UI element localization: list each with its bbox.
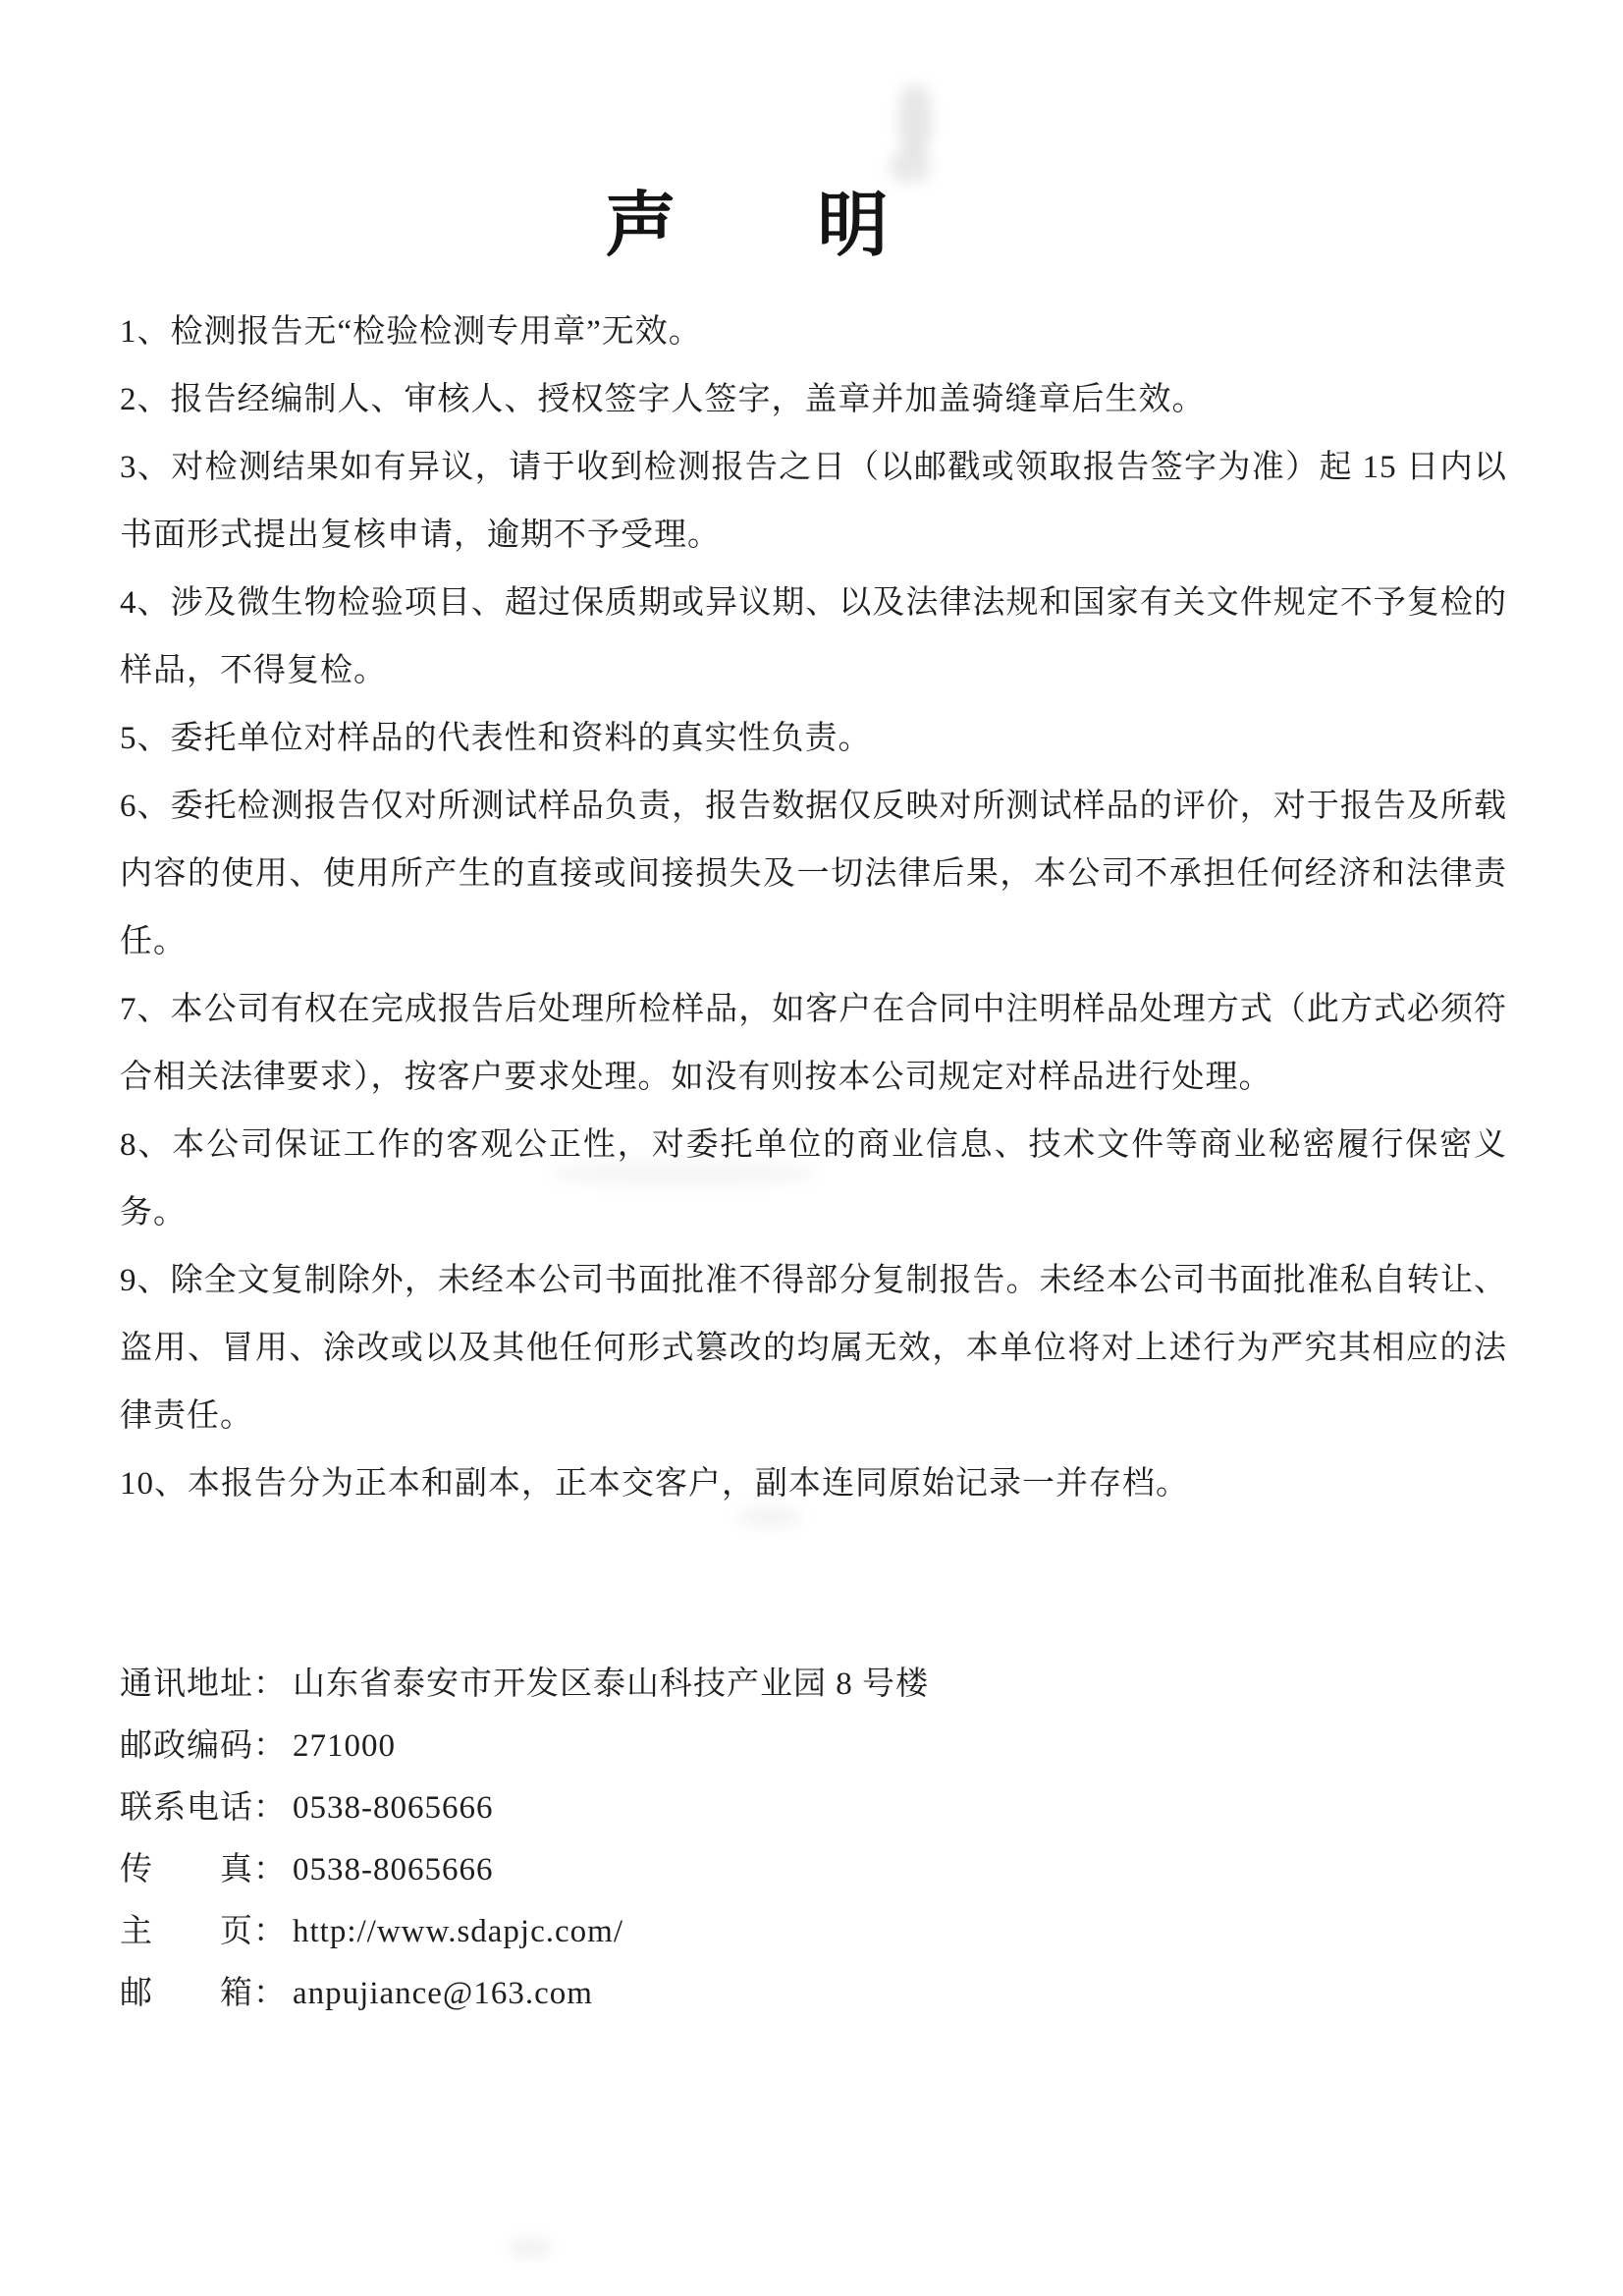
contact-phone-value: 0538-8065666 — [287, 1777, 494, 1839]
contact-fax-value: 0538-8065666 — [287, 1839, 494, 1901]
contact-row-phone: 联系电话： 0538-8065666 — [120, 1777, 1507, 1839]
statement-item-6: 6、委托检测报告仅对所测试样品负责，报告数据仅反映对所测试样品的评价，对于报告及… — [120, 773, 1507, 976]
statements-list: 1、检测报告无“检验检测专用章”无效。 2、报告经编制人、审核人、授权签字人签字… — [120, 299, 1507, 1518]
scan-artifact — [509, 2239, 552, 2257]
contact-homepage-value: http://www.sdapjc.com/ — [287, 1901, 623, 1963]
contact-row-fax: 传 真： 0538-8065666 — [120, 1839, 1507, 1901]
scan-artifact — [898, 84, 932, 155]
page-title: 声 明 — [53, 187, 1440, 265]
contact-address-value: 山东省泰安市开发区泰山科技产业园 8 号楼 — [287, 1654, 929, 1716]
statement-item-9: 9、除全文复制除外，未经本公司书面批准不得部分复制报告。未经本公司书面批准私自转… — [120, 1247, 1507, 1450]
contact-fax-label: 传 真： — [120, 1839, 287, 1901]
contact-phone-label: 联系电话： — [120, 1777, 287, 1839]
statement-item-3: 3、对检测结果如有异议，请于收到检测报告之日（以邮戳或领取报告签字为准）起 15… — [120, 434, 1507, 570]
contact-postcode-label: 邮政编码： — [120, 1716, 287, 1777]
statement-item-2: 2、报告经编制人、审核人、授权签字人签字，盖章并加盖骑缝章后生效。 — [120, 366, 1507, 434]
contact-row-address: 通讯地址： 山东省泰安市开发区泰山科技产业园 8 号楼 — [120, 1654, 1507, 1716]
statement-item-8: 8、本公司保证工作的客观公正性，对委托单位的商业信息、技术文件等商业秘密履行保密… — [120, 1112, 1507, 1247]
scan-artifact — [890, 149, 931, 183]
statement-item-10: 10、本报告分为正本和副本，正本交客户，副本连同原始记录一并存档。 — [120, 1450, 1507, 1518]
contact-section: 通讯地址： 山东省泰安市开发区泰山科技产业园 8 号楼 邮政编码： 271000… — [120, 1654, 1507, 2025]
contact-row-email: 邮 箱： anpujiance@163.com — [120, 1963, 1507, 2025]
contact-row-homepage: 主 页： http://www.sdapjc.com/ — [120, 1901, 1507, 1963]
statement-item-5: 5、委托单位对样品的代表性和资料的真实性负责。 — [120, 705, 1507, 773]
contact-email-value: anpujiance@163.com — [287, 1963, 593, 2025]
contact-email-label: 邮 箱： — [120, 1963, 287, 2025]
contact-address-label: 通讯地址： — [120, 1654, 287, 1716]
contact-postcode-value: 271000 — [287, 1716, 396, 1777]
contact-row-postcode: 邮政编码： 271000 — [120, 1716, 1507, 1777]
statement-item-1: 1、检测报告无“检验检测专用章”无效。 — [120, 299, 1507, 366]
contact-homepage-label: 主 页： — [120, 1901, 287, 1963]
statement-item-7: 7、本公司有权在完成报告后处理所检样品，如客户在合同中注明样品处理方式（此方式必… — [120, 976, 1507, 1112]
statement-item-4: 4、涉及微生物检验项目、超过保质期或异议期、以及法律法规和国家有关文件规定不予复… — [120, 570, 1507, 705]
statement-page: 声 明 1、检测报告无“检验检测专用章”无效。 2、报告经编制人、审核人、授权签… — [0, 0, 1623, 2296]
